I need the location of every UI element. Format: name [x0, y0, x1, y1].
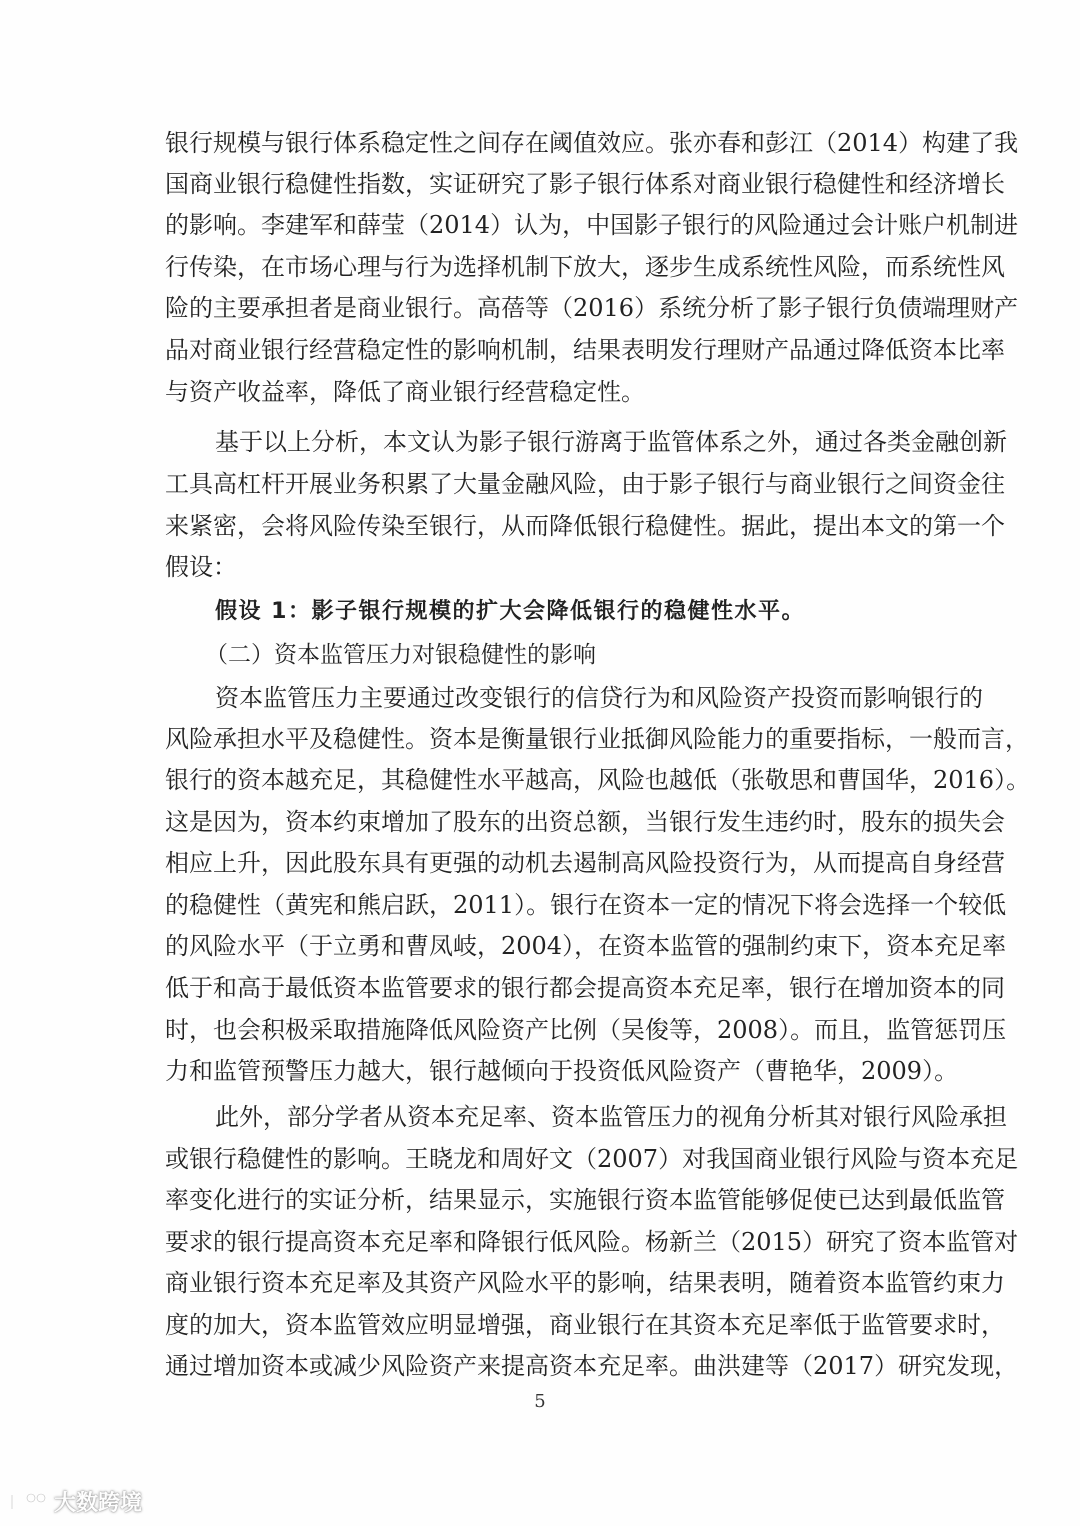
- paragraph-1-line-7: 与资产收益率，降低了商业银行经营稳定性。: [165, 371, 917, 413]
- paragraph-1-line-6: 品对商业银行经营稳定性的影响机制，结果表明发行理财产品通过降低资本比率: [165, 329, 917, 371]
- paragraph-3-line-10: 力和监管预警压力越大，银行越倾向于投资低风险资产（曹艳华，2009）。: [165, 1050, 917, 1092]
- page-number: 5: [530, 1388, 550, 1416]
- paragraph-4-line-4: 要求的银行提高资本充足率和降银行低风险。杨新兰（2015）研究了资本监管对: [165, 1221, 917, 1263]
- paragraph-4-line-1: 此外，部分学者从资本充足率、资本监管压力的视角分析其对银行风险承担: [215, 1096, 917, 1138]
- paragraph-4-line-2: 或银行稳健性的影响。王晓龙和周好文（2007）对我国商业银行风险与资本充足: [165, 1138, 917, 1180]
- paragraph-2-line-2: 工具高杠杆开展业务积累了大量金融风险，由于影子银行与商业银行之间资金往: [165, 463, 917, 505]
- paragraph-3-line-7: 的风险水平（于立勇和曹凤岐，2004），在资本监管的强制约束下，资本充足率: [165, 925, 917, 967]
- 1000-logo-icon: [8, 1489, 48, 1513]
- paragraph-2-line-4: 假设：: [165, 546, 917, 588]
- paragraph-3-line-6: 的稳健性（黄宪和熊启跃，2011）。银行在资本一定的情况下将会选择一个较低: [165, 884, 917, 926]
- document-page: 银行规模与银行体系稳定性之间存在阈值效应。张亦春和彭江（2014）构建了我 国商…: [0, 0, 1080, 1526]
- paragraph-2-line-1: 基于以上分析，本文认为影子银行游离于监管体系之外，通过各类金融创新: [215, 421, 917, 463]
- paragraph-4-line-3: 率变化进行的实证分析，结果显示，实施银行资本监管能够促使已达到最低监管: [165, 1179, 917, 1221]
- watermark-text: 大数跨境: [54, 1486, 142, 1517]
- paragraph-3-line-2: 风险承担水平及稳健性。资本是衡量银行业抵御风险能力的重要指标，一般而言，: [165, 718, 917, 760]
- paragraph-4-line-5: 商业银行资本充足率及其资产风险水平的影响，结果表明，随着资本监管约束力: [165, 1262, 917, 1304]
- paragraph-3-line-3: 银行的资本越充足，其稳健性水平越高，风险也越低（张敬思和曹国华，2016）。: [165, 759, 917, 801]
- paragraph-4-line-7: 通过增加资本或减少风险资产来提高资本充足率。曲洪建等（2017）研究发现，: [165, 1345, 917, 1387]
- paragraph-1-line-4: 行传染，在市场心理与行为选择机制下放大，逐步生成系统性风险，而系统性风: [165, 246, 917, 288]
- paragraph-3-line-5: 相应上升，因此股东具有更强的动机去遏制高风险投资行为，从而提高自身经营: [165, 842, 917, 884]
- section-subheading: （二）资本监管压力对银稳健性的影响: [205, 634, 957, 676]
- paragraph-1-line-1: 银行规模与银行体系稳定性之间存在阈值效应。张亦春和彭江（2014）构建了我: [165, 122, 917, 164]
- paragraph-3-line-1: 资本监管压力主要通过改变银行的信贷行为和风险资产投资而影响银行的: [215, 677, 917, 719]
- paragraph-1-line-3: 的影响。李建军和薛莹（2014）认为，中国影子银行的风险通过会计账户机制进: [165, 204, 917, 246]
- paragraph-1-line-5: 险的主要承担者是商业银行。高蓓等（2016）系统分析了影子银行负债端理财产: [165, 287, 917, 329]
- paragraph-3-line-8: 低于和高于最低资本监管要求的银行都会提高资本充足率，银行在增加资本的同: [165, 967, 917, 1009]
- paragraph-3-line-9: 时，也会积极采取措施降低风险资产比例（吴俊等，2008）。而且，监管惩罚压: [165, 1009, 917, 1051]
- hypothesis-1: 假设 1：影子银行规模的扩大会降低银行的稳健性水平。: [215, 591, 917, 633]
- paragraph-1-line-2: 国商业银行稳健性指数，实证研究了影子银行体系对商业银行稳健性和经济增长: [165, 163, 917, 205]
- watermark: 大数跨境: [8, 1486, 142, 1516]
- paragraph-4-line-6: 度的加大，资本监管效应明显增强，商业银行在其资本充足率低于监管要求时，: [165, 1304, 917, 1346]
- paragraph-2-line-3: 来紧密，会将风险传染至银行，从而降低银行稳健性。据此，提出本文的第一个: [165, 505, 917, 547]
- paragraph-3-line-4: 这是因为，资本约束增加了股东的出资总额，当银行发生违约时，股东的损失会: [165, 801, 917, 843]
